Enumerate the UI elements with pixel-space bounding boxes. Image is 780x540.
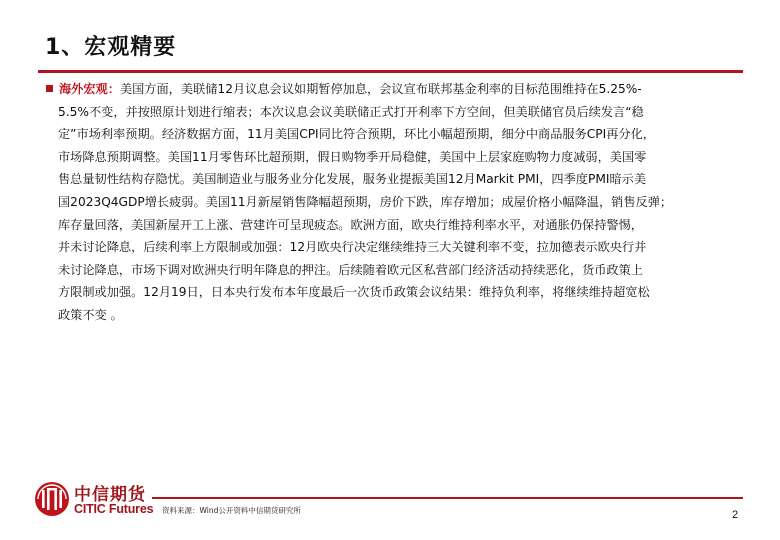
paragraph-line: 定”市场利率预期。经济数据方面，11月美国CPI同比符合预期，环比小幅超预期，细… (46, 123, 738, 146)
paragraph-line: 方限制或加强。12月19日，日本央行发布本年度最后一次货币政策会议结果：维持负利… (46, 281, 738, 304)
citic-logo-icon (34, 481, 70, 517)
footer-divider (152, 497, 743, 499)
slide-title: 1、宏观精要 (45, 30, 176, 61)
paragraph-line: 并未讨论降息，后续利率上方限制或加强：12月欧央行决定继续维持三大关键利率不变，… (46, 236, 738, 259)
source-note: 资料来源：Wind公开资料中信期货研究所 (162, 505, 301, 516)
page-number: 2 (732, 509, 738, 521)
paragraph-line: 未讨论降息，市场下调对欧洲央行明年降息的押注。后续随着欧元区私营部门经济活动持续… (46, 259, 738, 282)
macro-summary-paragraph: 海外宏观：美国方面，美联储12月议息会议如期暂停加息，会议宣布联邦基金利率的目标… (46, 78, 738, 327)
paragraph-line: 售总量韧性结构存隐忧。美国制造业与服务业分化发展，服务业提振美国12月Marki… (46, 168, 738, 191)
bullet-lead-label: 海外宏观： (59, 82, 120, 96)
paragraph-line: 5.5%不变，并按照原计划进行缩表；本次议息会议美联储正式打开利率下方空间，但美… (46, 101, 738, 124)
paragraph-line: 政策不变 。 (46, 304, 738, 327)
paragraph-line: 国2023Q4GDP增长疲弱。美国11月新屋销售降幅超预期，房价下跌，库存增加；… (46, 191, 738, 214)
paragraph-line: 美国方面，美联储12月议息会议如期暂停加息，会议宣布联邦基金利率的目标范围维持在… (120, 82, 642, 96)
title-divider (38, 70, 743, 73)
brand-name-en: CITIC Futures (74, 502, 153, 516)
paragraph-line: 市场降息预期调整。美国11月零售环比超预期，假日购物季开局稳健，美国中上层家庭购… (46, 146, 738, 169)
paragraph-line: 库存量回落，美国新屋开工上涨、营建许可呈现疲态。欧洲方面，欧央行维持利率水平，对… (46, 214, 738, 237)
bullet-square-icon (46, 85, 53, 92)
